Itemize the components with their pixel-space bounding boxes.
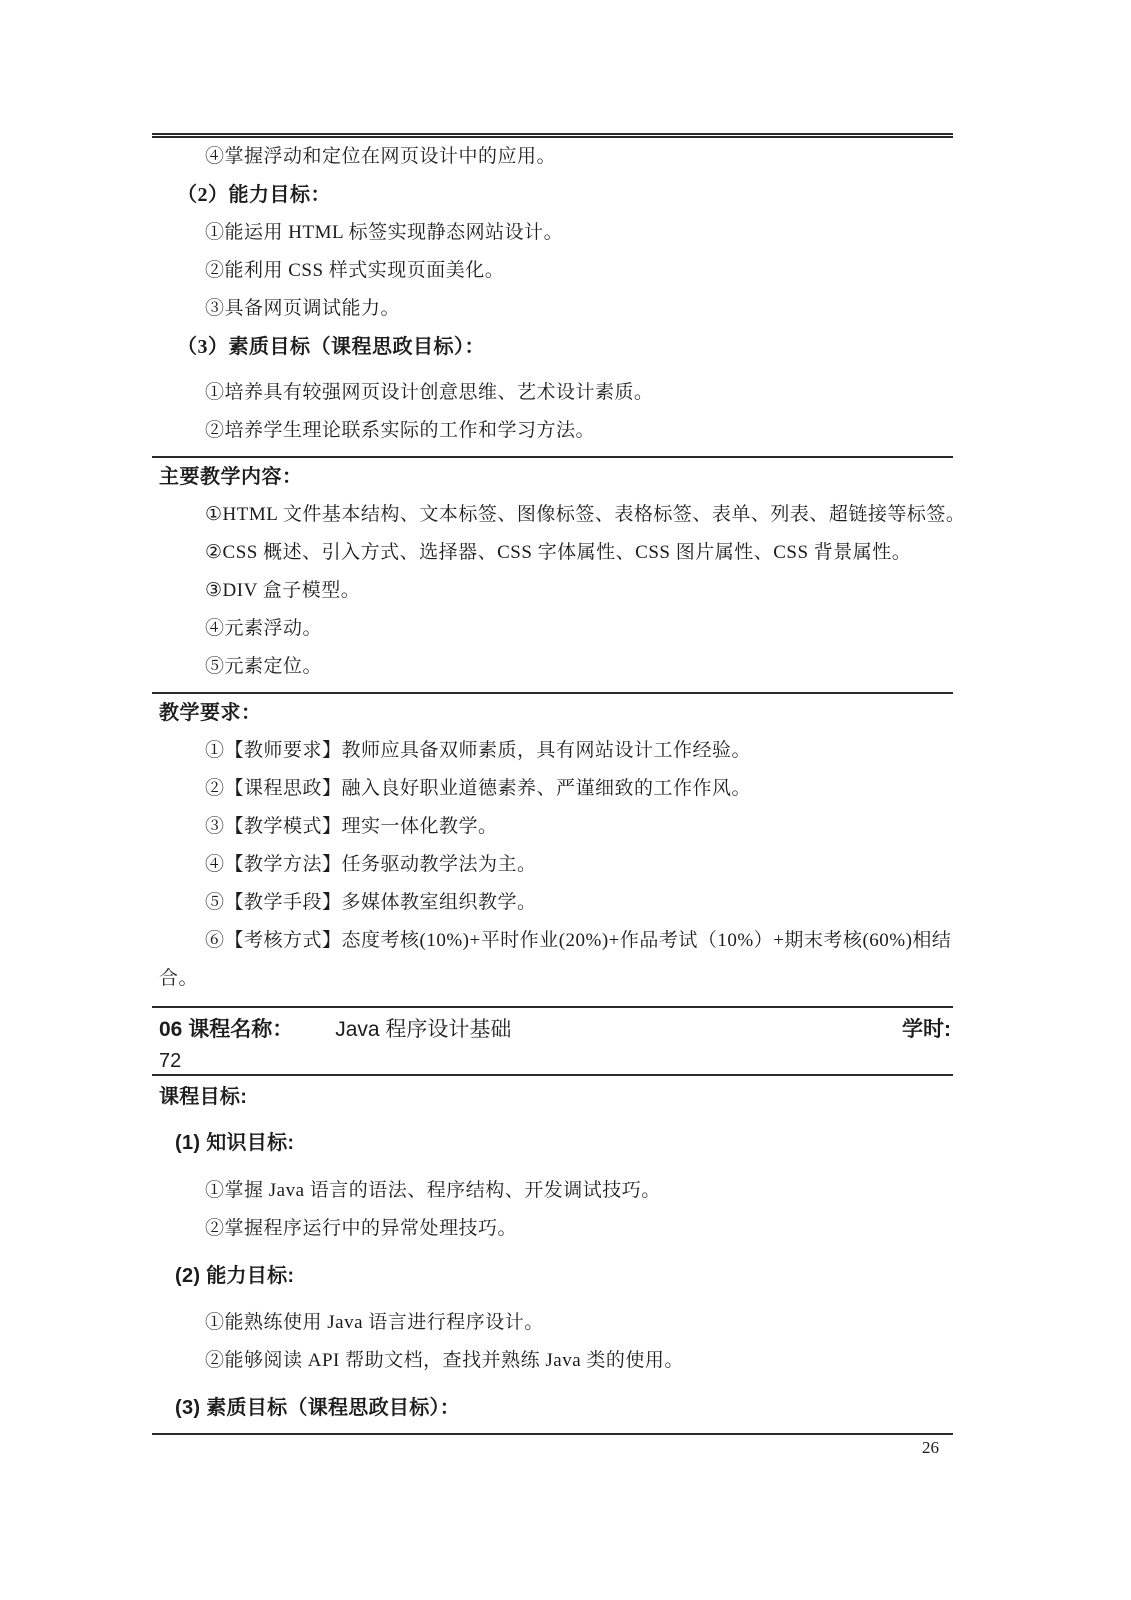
- teaching-requirement-item: ④【教学方法】任务驱动教学法为主。: [152, 846, 953, 884]
- ability-goals-heading: （2）能力目标：: [152, 176, 953, 214]
- course-hours-value: 72: [152, 1048, 953, 1074]
- knowledge-goal-item: ②掌握程序运行中的异常处理技巧。: [152, 1210, 953, 1248]
- ability-goal-item-java: ①能熟练使用 Java 语言进行程序设计。: [152, 1304, 953, 1342]
- teaching-content-item: ⑤元素定位。: [152, 648, 953, 686]
- teaching-requirements-heading: 教学要求：: [152, 694, 953, 732]
- teaching-requirement-continuation: 合。: [152, 960, 953, 998]
- teaching-content-item: ④元素浮动。: [152, 610, 953, 648]
- course-hours-label: 学时:: [902, 1013, 953, 1043]
- ability-goal-item: ③具备网页调试能力。: [152, 290, 953, 328]
- teaching-content-item: ①HTML 文件基本结构、文本标签、图像标签、表格标签、表单、列表、超链接等标签…: [152, 496, 953, 534]
- teaching-content-item: ②CSS 概述、引入方式、选择器、CSS 字体属性、CSS 图片属性、CSS 背…: [152, 534, 953, 572]
- teaching-requirement-item: ⑥【考核方式】态度考核(10%)+平时作业(20%)+作品考试（10%）+期末考…: [152, 922, 953, 960]
- ability-goals-heading-java: (2) 能力目标:: [152, 1257, 953, 1295]
- quality-goal-item: ②培养学生理论联系实际的工作和学习方法。: [152, 412, 953, 450]
- page-number: 26: [152, 1435, 953, 1461]
- teaching-requirement-item: ②【课程思政】融入良好职业道德素养、严谨细致的工作作风。: [152, 770, 953, 808]
- section-divider: [152, 1074, 953, 1076]
- knowledge-goal-item: ①掌握 Java 语言的语法、程序结构、开发调试技巧。: [152, 1172, 953, 1210]
- course-name: Java 程序设计基础: [335, 1013, 511, 1043]
- ability-goal-item: ②能利用 CSS 样式实现页面美化。: [152, 252, 953, 290]
- document-content: ④掌握浮动和定位在网页设计中的应用。 （2）能力目标： ①能运用 HTML 标签…: [152, 0, 953, 1461]
- quality-goals-heading: （3）素质目标（课程思政目标）：: [152, 328, 953, 366]
- teaching-content-item: ③DIV 盒子模型。: [152, 572, 953, 610]
- course-objectives-heading: 课程目标:: [152, 1078, 953, 1116]
- knowledge-objective-item: ④掌握浮动和定位在网页设计中的应用。: [152, 138, 953, 176]
- ability-goal-item: ①能运用 HTML 标签实现静态网站设计。: [152, 214, 953, 252]
- document-page: ④掌握浮动和定位在网页设计中的应用。 （2）能力目标： ①能运用 HTML 标签…: [0, 0, 1131, 1600]
- ability-goal-item-java: ②能够阅读 API 帮助文档，查找并熟练 Java 类的使用。: [152, 1342, 953, 1380]
- teaching-requirement-item: ③【教学模式】理实一体化教学。: [152, 808, 953, 846]
- quality-goals-heading-java: (3) 素质目标（课程思政目标）：: [152, 1389, 953, 1427]
- course-title-row: 06 课程名称： Java 程序设计基础 学时:: [152, 1008, 953, 1048]
- quality-goal-item: ①培养具有较强网页设计创意思维、艺术设计素质。: [152, 374, 953, 412]
- teaching-content-heading: 主要教学内容：: [152, 458, 953, 496]
- knowledge-goals-heading: (1) 知识目标:: [152, 1124, 953, 1162]
- course-number-label: 06 课程名称：: [159, 1013, 293, 1043]
- teaching-requirement-item: ⑤【教学手段】多媒体教室组织教学。: [152, 884, 953, 922]
- teaching-requirement-item: ①【教师要求】教师应具备双师素质，具有网站设计工作经验。: [152, 732, 953, 770]
